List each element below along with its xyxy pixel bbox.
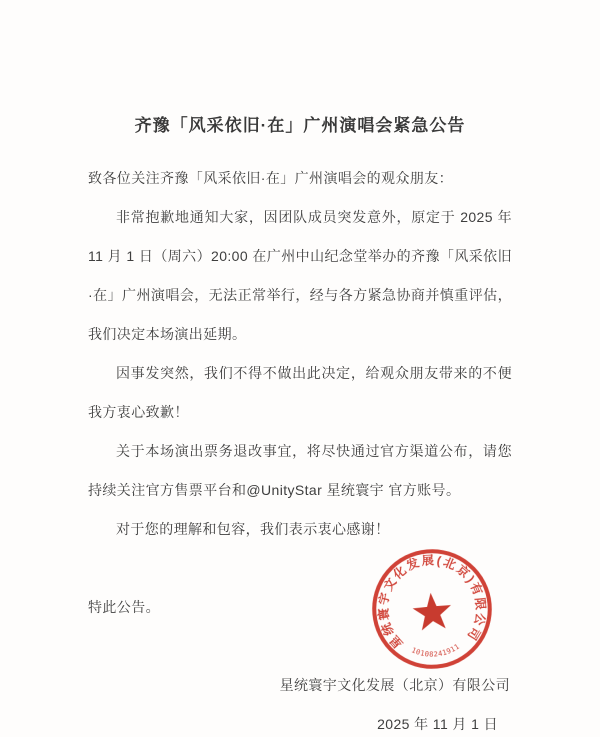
paragraph-thanks: 对于您的理解和包容，我们表示衷心感谢！: [88, 510, 512, 549]
closing-statement: 特此公告。: [88, 588, 512, 627]
paragraph-apology: 因事发突然，我们不得不做出此决定，给观众朋友带来的不便我方衷心致歉！: [88, 354, 512, 432]
signature-company-name: 星统寰宇文化发展（北京）有限公司: [88, 666, 512, 705]
page-title: 齐豫「风采依旧·在」广州演唱会紧急公告: [88, 106, 512, 145]
paragraph-refund-info: 关于本场演出票务退改事宜，将尽快通过官方渠道公布，请您持续关注官方售票平台和@U…: [88, 432, 512, 510]
announcement-body: 齐豫「风采依旧·在」广州演唱会紧急公告 致各位关注齐豫「风采依旧·在」广州演唱会…: [0, 0, 600, 737]
salutation: 致各位关注齐豫「风采依旧·在」广州演唱会的观众朋友：: [88, 159, 512, 198]
signature-date: 2025 年 11 月 1 日: [88, 705, 512, 737]
announcement-page: 齐豫「风采依旧·在」广州演唱会紧急公告 致各位关注齐豫「风采依旧·在」广州演唱会…: [0, 0, 600, 737]
paragraph-postpone-notice: 非常抱歉地通知大家，因团队成员突发意外，原定于 2025 年 11 月 1 日（…: [88, 198, 512, 354]
signature-block: 星统寰宇文化发展（北京）有限公司 2025 年 11 月 1 日: [88, 666, 512, 737]
